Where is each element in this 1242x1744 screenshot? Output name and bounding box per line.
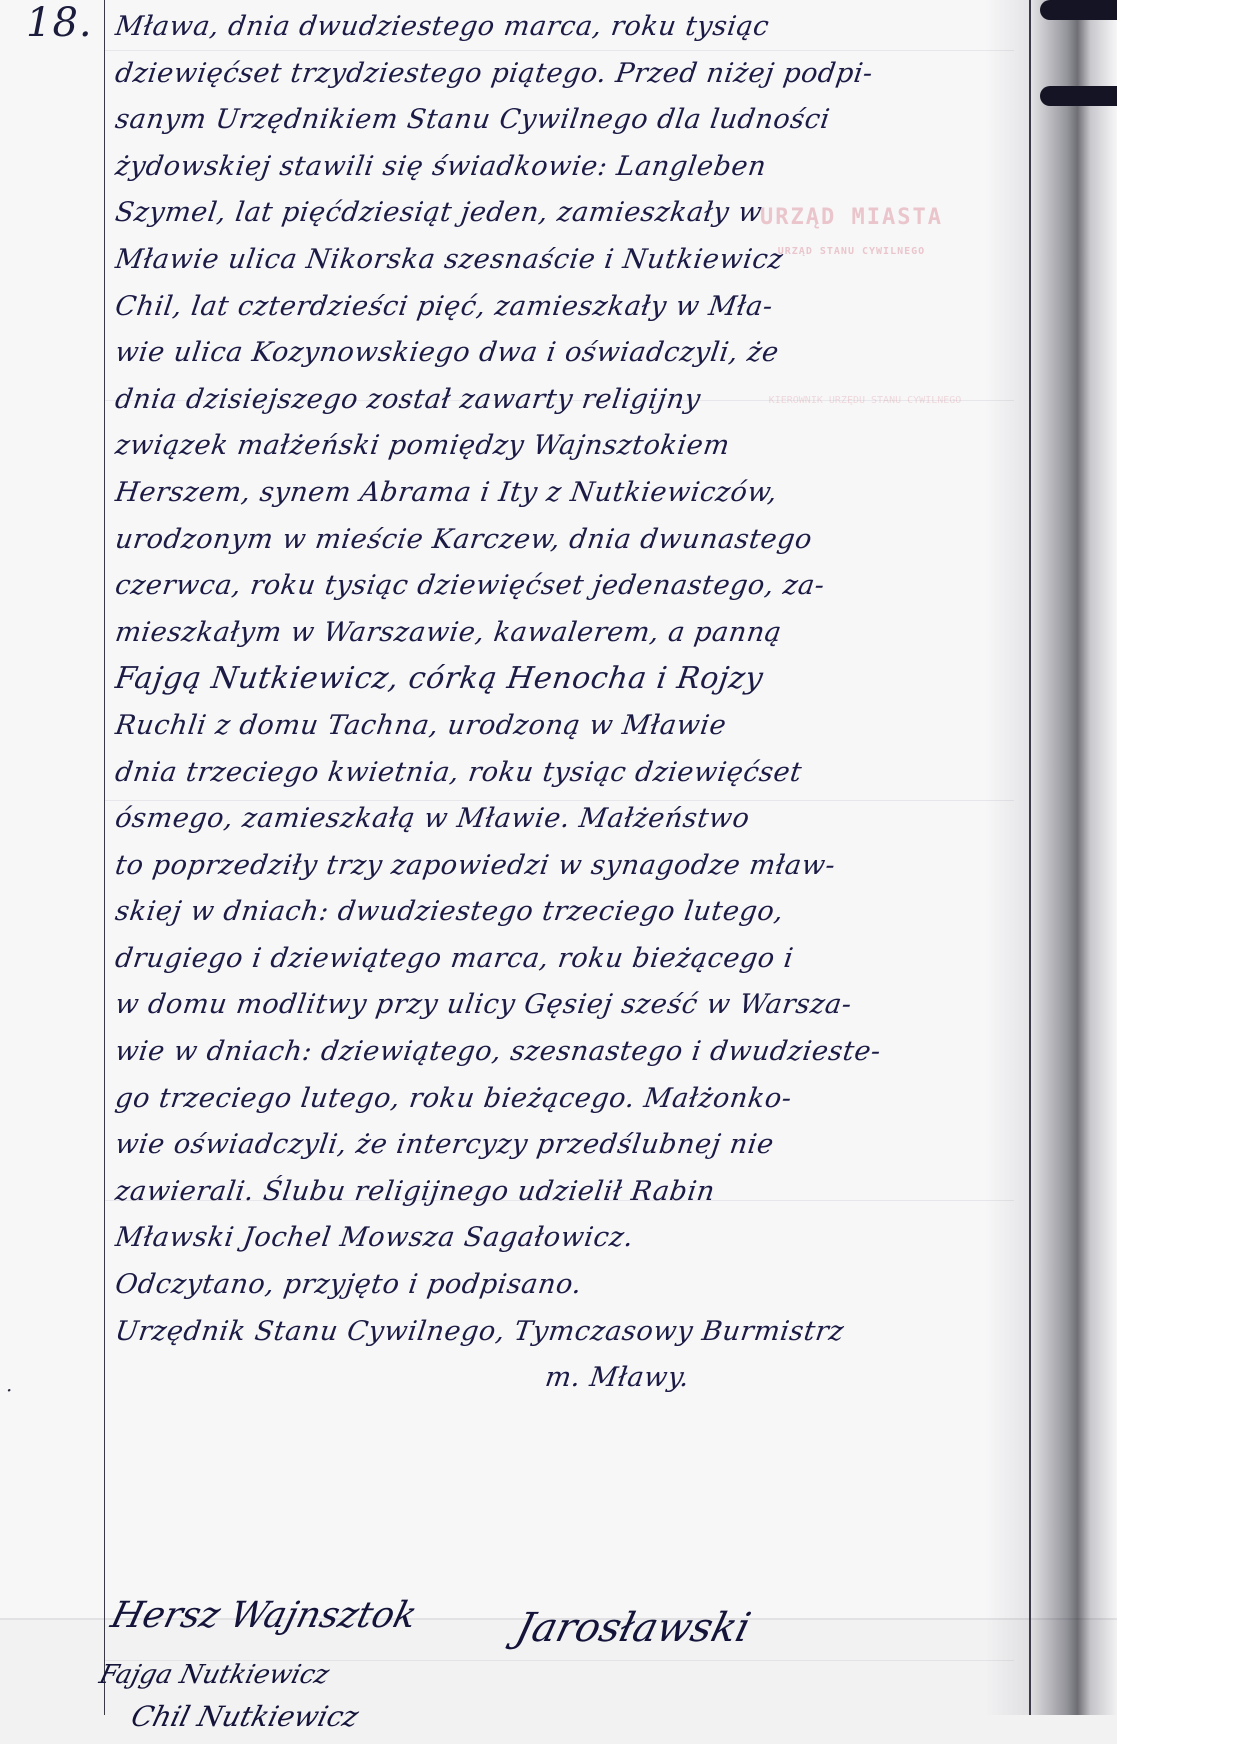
text-line: m. Mławy. [112, 1355, 1014, 1402]
text-line: ósmego, zamieszkałą w Mławie. Małżeństwo [112, 796, 1014, 843]
text-line: czerwca, roku tysiąc dziewięćset jedenas… [112, 563, 1014, 610]
text-line: Mławski Jochel Mowsza Sagałowicz. [112, 1215, 1014, 1262]
text-line: w domu modlitwy przy ulicy Gęsiej sześć … [112, 982, 1014, 1029]
text-line: Szymel, lat pięćdziesiąt jeden, zamieszk… [112, 190, 1014, 237]
signatures-area: Hersz Wajnsztok Jarosławski Fajga Nutkie… [112, 1585, 992, 1735]
signature-bride: Fajga Nutkiewicz [96, 1660, 332, 1690]
text-line: Herszem, synem Abrama i Ity z Nutkiewicz… [112, 470, 1014, 517]
text-line: dnia dzisiejszego został zawarty religij… [112, 377, 1014, 424]
text-line: go trzeciego lutego, roku bieżącego. Mał… [112, 1076, 1014, 1123]
text-line: Urzędnik Stanu Cywilnego, Tymczasowy Bur… [112, 1309, 1014, 1356]
text-line: wie w dniach: dziewiątego, szesnastego i… [112, 1029, 1014, 1076]
text-line: skiej w dniach: dwudziestego trzeciego l… [112, 889, 1014, 936]
binding-clip [1040, 86, 1117, 106]
text-line: Ruchli z domu Tachna, urodzoną w Mławie [112, 703, 1014, 750]
text-line: Mławie ulica Nikorska szesnaście i Nutki… [112, 237, 1014, 284]
scan-margin [1117, 0, 1242, 1744]
text-line: zawierali. Ślubu religijnego udzielił Ra… [112, 1169, 1014, 1216]
text-line: sanym Urzędnikiem Stanu Cywilnego dla lu… [112, 97, 1014, 144]
left-margin-rule [104, 0, 105, 1715]
text-line: wie ulica Kozynowskiego dwa i oświadczyl… [112, 330, 1014, 377]
text-line: Odczytano, przyjęto i podpisano. [112, 1262, 1014, 1309]
document-page: 18. · URZĄD MIASTA URZĄD STANU CYWILNEGO… [0, 0, 1117, 1744]
text-line: wie oświadczyli, że intercyzy przedślubn… [112, 1122, 1014, 1169]
text-line: Chil, lat czterdzieści pięć, zamieszkały… [112, 284, 1014, 331]
text-line: urodzonym w mieście Karczew, dnia dwunas… [112, 517, 1014, 564]
text-line: dnia trzeciego kwietnia, roku tysiąc dzi… [112, 750, 1014, 797]
binding-edge-rule [1029, 0, 1031, 1715]
text-line: Mława, dnia dwudziestego marca, roku tys… [112, 4, 1014, 51]
signature-official: Jarosławski [511, 1605, 755, 1651]
margin-mark: · [6, 1378, 12, 1402]
text-line: to poprzedziły trzy zapowiedzi w synagod… [112, 843, 1014, 890]
binding-clip [1040, 0, 1117, 20]
text-line: związek małżeński pomiędzy Wajnsztokiem [112, 423, 1014, 470]
binding-shadow [985, 0, 1117, 1715]
entry-number: 18. [26, 0, 93, 46]
text-line: dziewięćset trzydziestego piątego. Przed… [112, 51, 1014, 98]
text-line: Fajgą Nutkiewicz, córką Henocha i Rojzy [112, 656, 1014, 703]
record-text: Mława, dnia dwudziestego marca, roku tys… [112, 4, 1007, 1402]
text-line: drugiego i dziewiątego marca, roku bieżą… [112, 936, 1014, 983]
signature-witness-2: Chil Nutkiewicz [128, 1700, 362, 1733]
signature-witness-1: Hersz Wajnsztok [107, 1595, 421, 1636]
text-line: żydowskiej stawili się świadkowie: Langl… [112, 144, 1014, 191]
text-line: mieszkałym w Warszawie, kawalerem, a pan… [112, 610, 1014, 657]
